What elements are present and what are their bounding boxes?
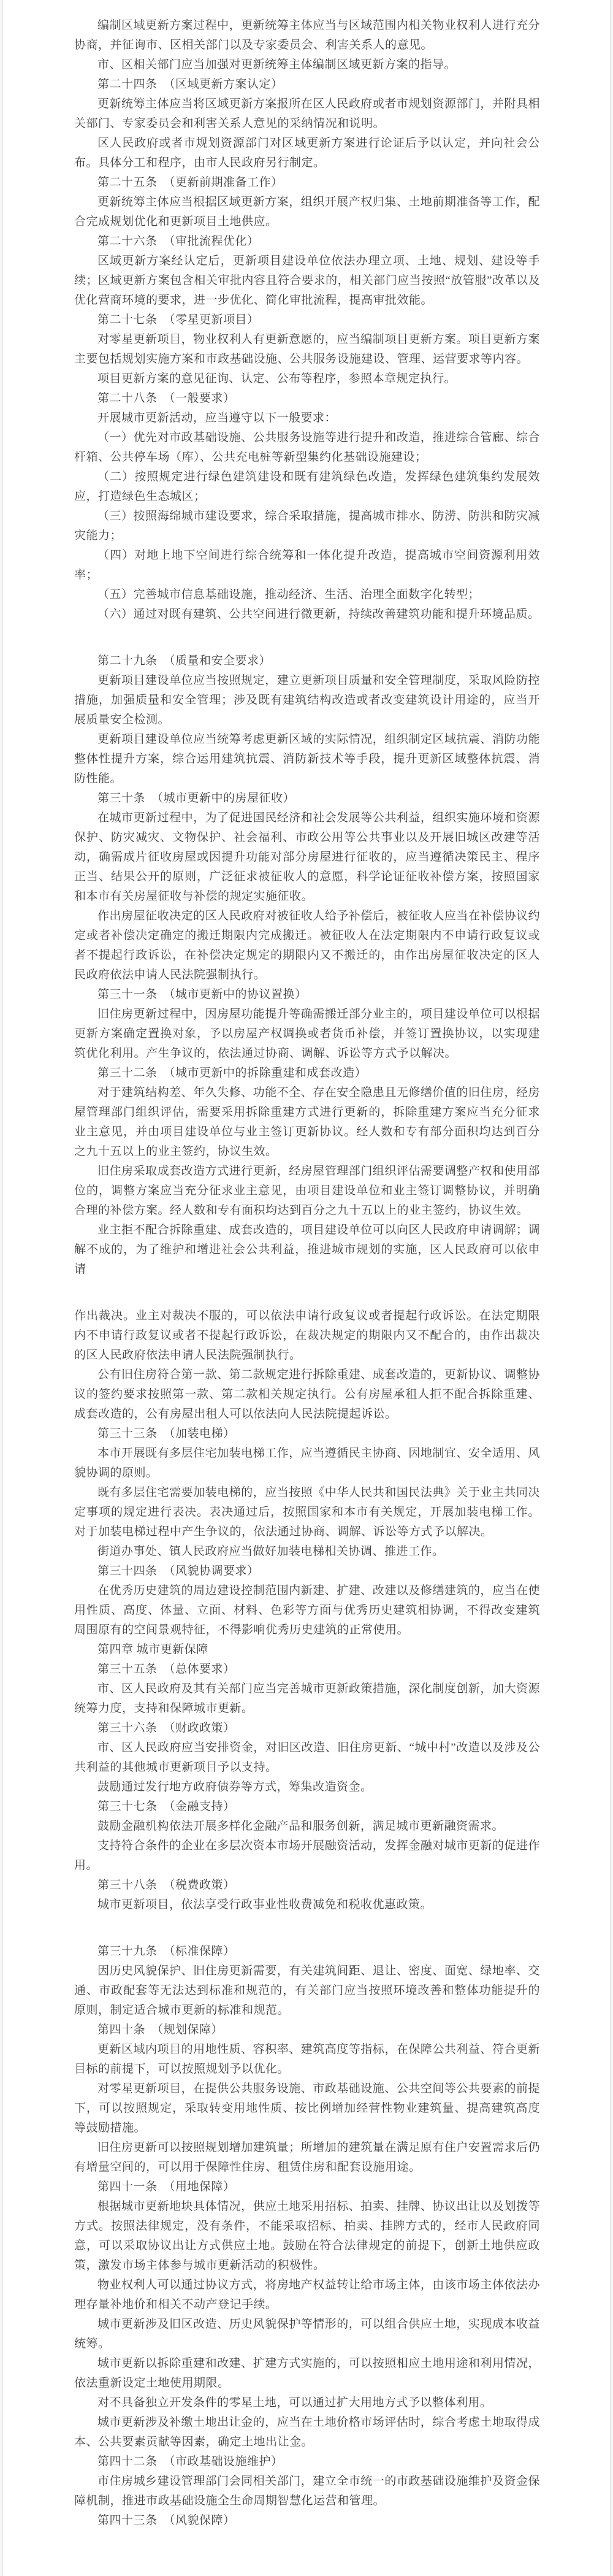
paragraph: 在优秀历史建筑的周边建设控制范围内新建、扩建、改建以及修缮建筑的，应当在使用性质…	[74, 1581, 540, 1640]
paragraph: 城市更新项目，依法享受行政事业性收费减免和税收优惠政策。	[74, 1895, 540, 1915]
paragraph: （六）通过对既有建筑、公共空间进行微更新，持续改善建筑功能和提升环境品质。	[74, 605, 540, 624]
paragraph: （五）完善城市信息基础设施，推动经济、生活、治理全面数字化转型；	[74, 585, 540, 605]
article-heading: 第三十三条 （加装电梯）	[74, 1424, 540, 1444]
paragraph: 更新统筹主体应当将区域更新方案报所在区人民政府或者市规划资源部门，并附具相关部门…	[74, 94, 540, 134]
paragraph: 作出房屋征收决定的区人民政府对被征收人给予补偿后，被征收人应当在补偿协议约定或者…	[74, 907, 540, 985]
page-break	[74, 1279, 540, 1306]
paragraph: 对零星更新项目，在提供公共服务设施、市政基础设施、公共空间等公共要素的前提下，可…	[74, 2079, 540, 2138]
paragraph: （三）按照海绵城市建设要求，综合采取措施，提高城市排水、防涝、防洪和防灾减灾能力…	[74, 507, 540, 546]
paragraph: 旧住房更新过程中，因房屋功能提升等确需搬迁部分业主的，项目建设单位可以根据更新方…	[74, 1005, 540, 1064]
paragraph: 编制区域更新方案过程中，更新统筹主体应当与区域范围内相关物业权利人进行充分协商，…	[74, 16, 540, 55]
article-heading: 第二十八条 （一般要求）	[74, 389, 540, 408]
paragraph: 更新项目建设单位应当按照规定，建立更新项目质量和安全管理制度，采取风险防控措施，…	[74, 671, 540, 730]
article-heading: 第三十二条 （城市更新中的拆除重建和成套改造）	[74, 1064, 540, 1083]
paragraph: （一）优先对市政基础设施、公共服务设施等进行提升和改造，推进综合管廊、综合杆箱、…	[74, 428, 540, 467]
paragraph: 在城市更新过程中，为了促进国民经济和社会发展等公共利益，组织实施环境和资源保护、…	[74, 808, 540, 907]
paragraph: 物业权利人可以通过协议方式，将房地产权益转让给市场主体，由该市场主体依法办理存量…	[74, 2275, 540, 2315]
article-heading: 第四十二条 （市政基础设施维护）	[74, 2452, 540, 2472]
page-break	[74, 1915, 540, 1942]
page-break	[74, 624, 540, 651]
article-heading: 第二十四条 （区域更新方案认定）	[74, 75, 540, 94]
paragraph: 市、区人民政府应当安排资金，对旧区改造、旧住房更新、“城中村”改造以及涉及公共利…	[74, 1738, 540, 1777]
article-heading: 第三十条 （城市更新中的房屋征收）	[74, 789, 540, 808]
article-heading: 第四十一条 （用地保障）	[74, 2177, 540, 2197]
article-heading: 第二十九条 （质量和安全要求）	[74, 651, 540, 671]
paragraph: 对不具备独立开发条件的零星土地，可以通过扩大用地方式予以整体利用。	[74, 2393, 540, 2413]
paragraph: 对于建筑结构差、年久失修、功能不全、存在安全隐患且无修缮价值的旧住房，经房屋管理…	[74, 1083, 540, 1162]
paragraph: 鼓励通过发行地方政府债券等方式，筹集改造资金。	[74, 1777, 540, 1797]
paragraph: 旧住房更新可以按照规划增加建筑量；所增加的建筑量在满足原有住户安置需求后仍有增量…	[74, 2138, 540, 2177]
paragraph: 既有多层住宅需要加装电梯的，应当按照《中华人民共和国民法典》关于业主共同决定事项…	[74, 1483, 540, 1542]
chapter-heading: 第四章 城市更新保障	[74, 1640, 540, 1660]
paragraph: 更新项目建设单位应当统筹考虑更新区域的实际情况，组织制定区域抗震、消防功能整体性…	[74, 730, 540, 789]
paragraph: 业主拒不配合拆除重建、成套改造的，项目建设单位可以向区人民政府申请调解；调解不成…	[74, 1221, 540, 1279]
article-heading: 第三十六条 （财政政策）	[74, 1719, 540, 1738]
paragraph: 开展城市更新活动，应当遵守以下一般要求：	[74, 408, 540, 428]
paragraph: （四）对地上地下空间进行综合统筹和一体化提升改造，提高城市空间资源利用效率；	[74, 546, 540, 585]
paragraph: 街道办事处、镇人民政府应当做好加装电梯相关协调、推进工作。	[74, 1542, 540, 1562]
paragraph: 城市更新以拆除重建和改建、扩建方式实施的，可以按照相应土地用途和利用情况，依法重…	[74, 2354, 540, 2393]
article-heading: 第四十三条 （风貌保障）	[74, 2511, 540, 2531]
paragraph: 区人民政府或者市规划资源部门对区域更新方案进行论证后予以认定，并向社会公布。具体…	[74, 134, 540, 173]
article-heading: 第三十九条 （标准保障）	[74, 1942, 540, 1961]
article-heading: 第二十六条 （审批流程优化）	[74, 232, 540, 251]
article-heading: 第四十条 （规划保障）	[74, 2020, 540, 2040]
paragraph: 更新区域内项目的用地性质、容积率、建筑高度等指标，在保障公共利益、符合更新目标的…	[74, 2040, 540, 2079]
paragraph: 更新统筹主体应当根据区域更新方案，组织开展产权归集、土地前期准备等工作，配合完成…	[74, 193, 540, 232]
paragraph: 项目更新方案的意见征询、认定、公布等程序，参照本章规定执行。	[74, 369, 540, 389]
paragraph: 鼓励金融机构依法开展多样化金融产品和服务创新，满足城市更新融资需求。	[74, 1817, 540, 1836]
paragraph: 市、区人民政府及其有关部门应当完善城市更新政策措施，深化制度创新，加大资源统筹力…	[74, 1679, 540, 1719]
article-heading: 第二十七条 （零星更新项目）	[74, 310, 540, 330]
article-heading: 第二十五条 （更新前期准备工作）	[74, 173, 540, 193]
paragraph: 区域更新方案经认定后，更新项目建设单位依法办理立项、土地、规划、建设等手续；区域…	[74, 251, 540, 310]
paragraph: 本市开展既有多层住宅加装电梯工作，应当遵循民主协商、因地制宜、安全适用、风貌协调…	[74, 1444, 540, 1483]
article-heading: 第三十八条 （税费政策）	[74, 1876, 540, 1895]
article-heading: 第三十四条 （风貌协调要求）	[74, 1562, 540, 1581]
paragraph-continuation: 作出裁决。业主对裁决不服的，可以依法申请行政复议或者提起行政诉讼。在法定期限内不…	[74, 1306, 540, 1365]
paragraph: 公有旧住房符合第一款、第二款规定进行拆除重建、成套改造的，更新协议、调整协议的签…	[74, 1365, 540, 1424]
paragraph: 城市更新涉及补缴土地出让金的，应当在土地价格市场评估时，综合考虑土地取得成本、公…	[74, 2413, 540, 2452]
paragraph: 根据城市更新地块具体情况，供应土地采用招标、拍卖、挂牌、协议出让以及划拨等方式。…	[74, 2197, 540, 2275]
paragraph: 因历史风貌保护、旧住房更新需要，有关建筑间距、退让、密度、面宽、绿地率、交通、市…	[74, 1961, 540, 2020]
paragraph: 旧住房采取成套改造方式进行更新，经房屋管理部门组织评估需要调整产权和使用部位的，…	[74, 1162, 540, 1221]
paragraph: （二）按照规定进行绿色建筑建设和既有建筑绿色改造，发挥绿色建筑集约发展效应，打造…	[74, 467, 540, 507]
document-page: 编制区域更新方案过程中，更新统筹主体应当与区域范围内相关物业权利人进行充分协商，…	[2, 0, 611, 2576]
article-heading: 第三十五条 （总体要求）	[74, 1660, 540, 1679]
paragraph: 支持符合条件的企业在多层次资本市场开展融资活动，发挥金融对城市更新的促进作用。	[74, 1836, 540, 1876]
paragraph: 对零星更新项目，物业权利人有更新意愿的，应当编制项目更新方案。项目更新方案主要包…	[74, 330, 540, 369]
paragraph: 市、区相关部门应当加强对更新统筹主体编制区域更新方案的指导。	[74, 55, 540, 75]
article-heading: 第三十七条 （金融支持）	[74, 1797, 540, 1817]
paragraph: 市住房城乡建设管理部门会同相关部门，建立全市统一的市政基础设施维护及资金保障机制…	[74, 2472, 540, 2511]
paragraph: 城市更新涉及旧区改造、历史风貌保护等情形的，可以组合供应土地，实现成本收益统筹。	[74, 2315, 540, 2354]
article-heading: 第三十一条 （城市更新中的协议置换）	[74, 985, 540, 1005]
document-content: 编制区域更新方案过程中，更新统筹主体应当与区域范围内相关物业权利人进行充分协商，…	[3, 0, 610, 2543]
